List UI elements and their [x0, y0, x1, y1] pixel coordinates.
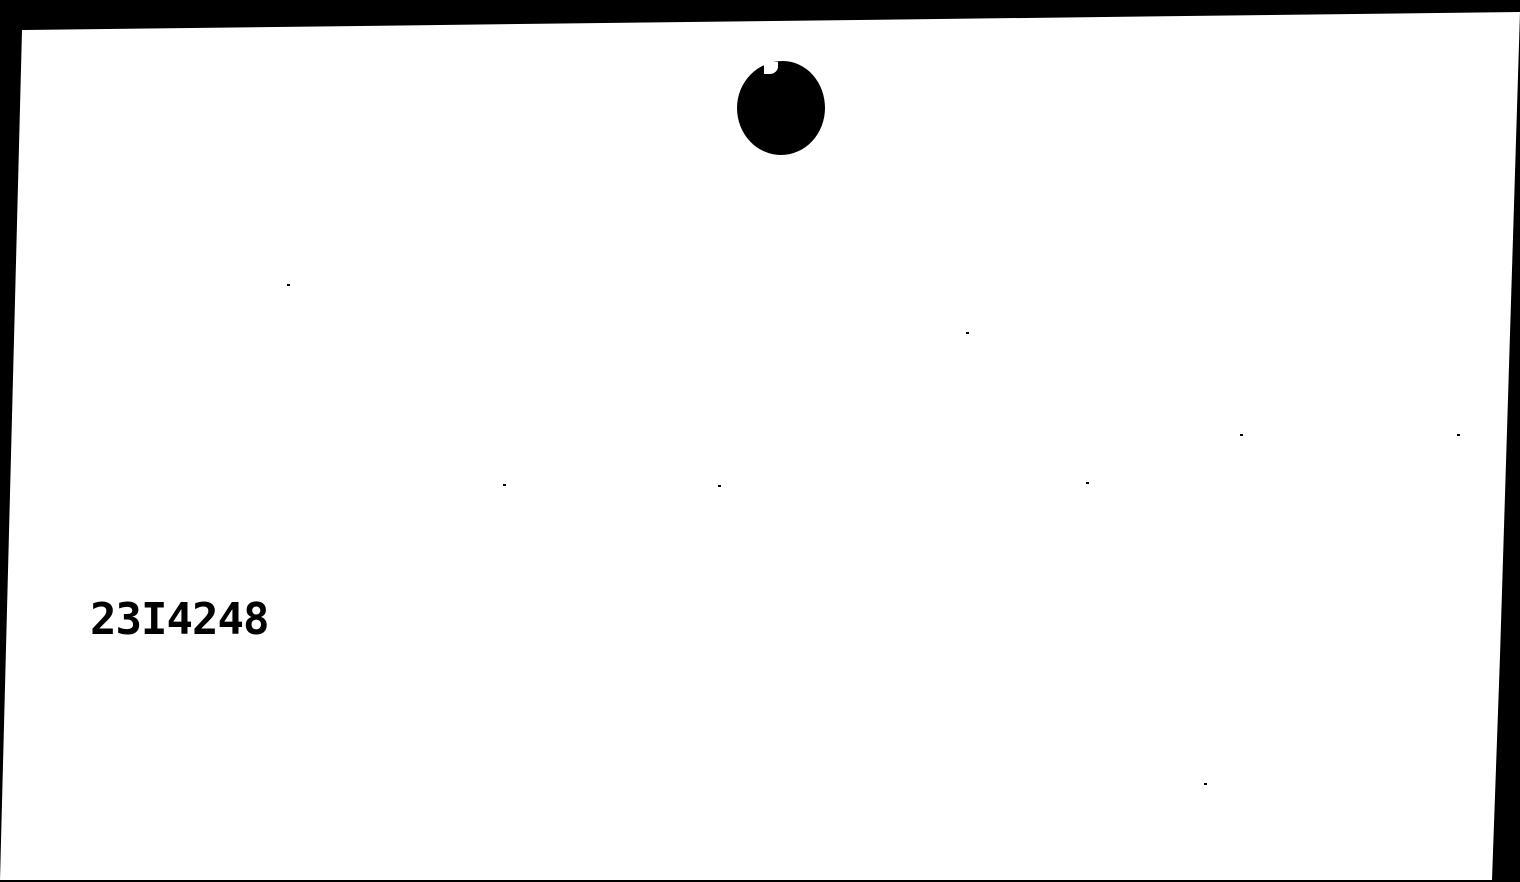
scan-speck — [1086, 482, 1089, 484]
scan-speck — [1204, 783, 1207, 785]
scan-speck — [1457, 434, 1460, 436]
scan-speck — [503, 484, 506, 486]
scan-speck — [287, 284, 290, 286]
punch-hole — [737, 61, 825, 155]
scan-speck — [966, 332, 969, 334]
scan-speck — [718, 485, 721, 487]
scanned-document: 23I4248 — [0, 0, 1520, 882]
card-number: 23I4248 — [90, 598, 268, 642]
index-card: 23I4248 — [0, 0, 1520, 882]
scan-speck — [1240, 434, 1243, 436]
